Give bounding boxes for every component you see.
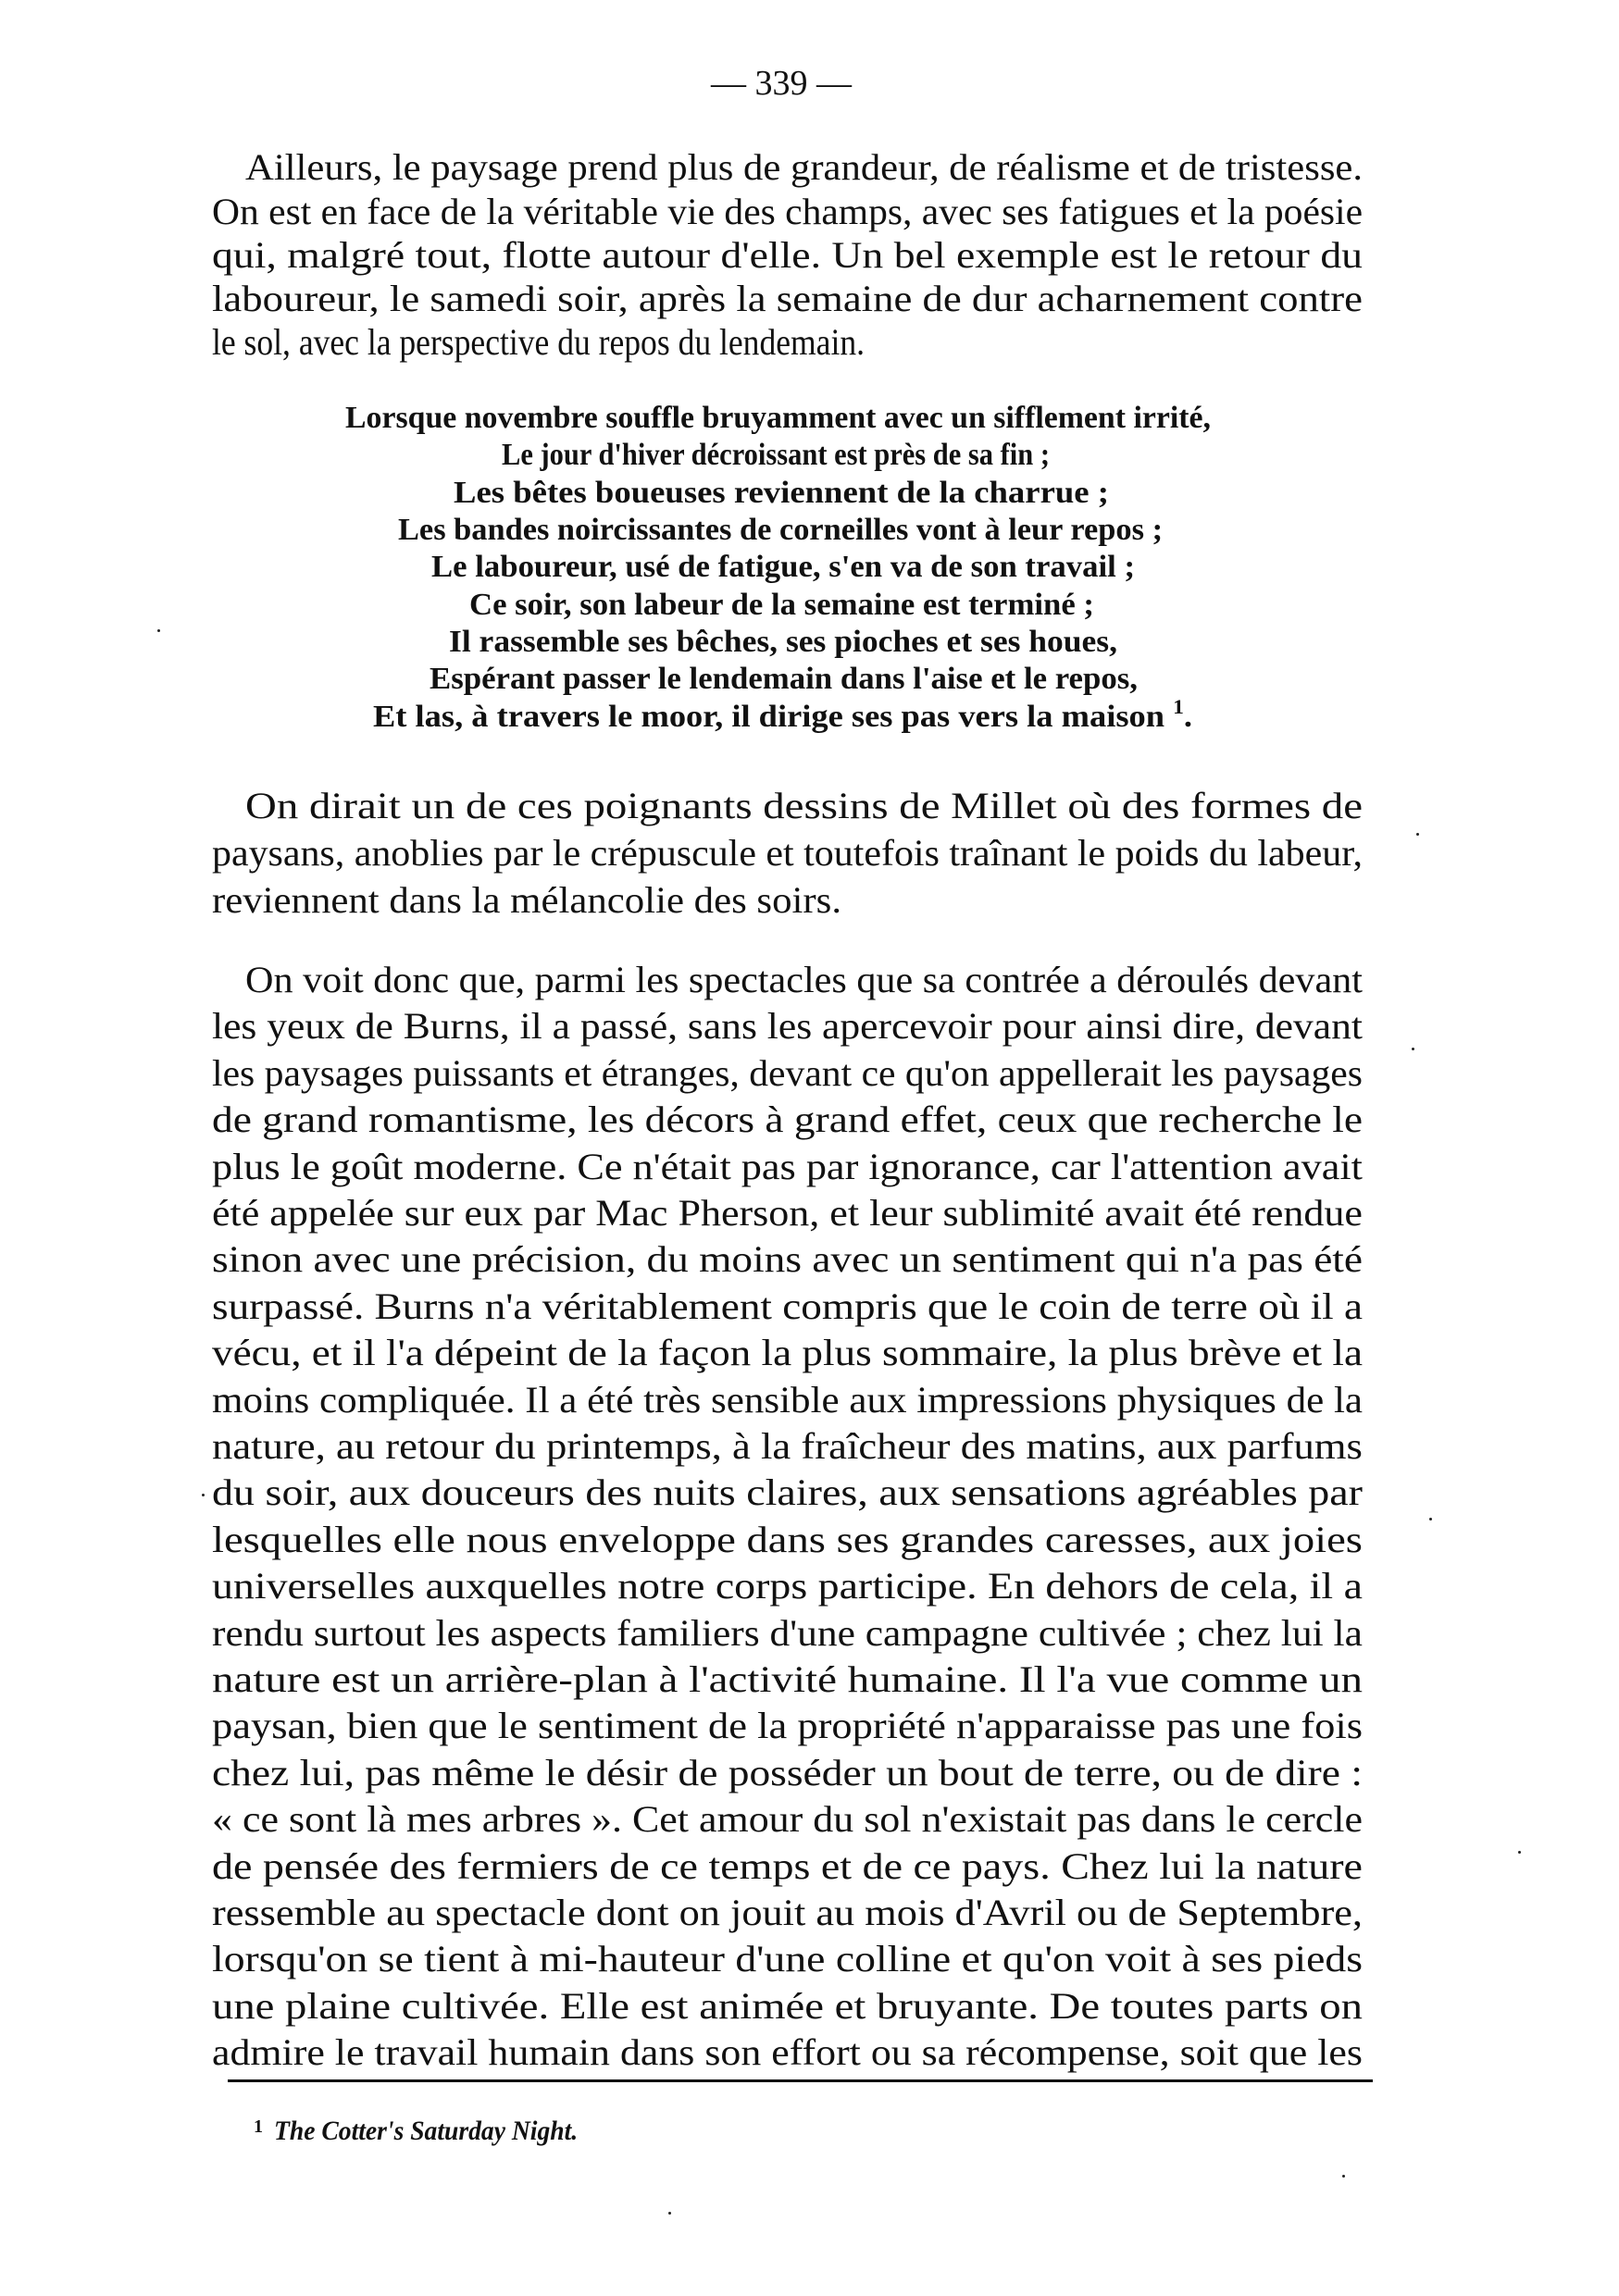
text-line: plus le goût moderne. Ce n'était pas par…: [212, 1144, 1363, 1190]
text-line: lesquelles elle nous enveloppe dans ses …: [212, 1517, 1363, 1563]
text-line: Ailleurs, le paysage prend plus de grand…: [212, 144, 1363, 191]
footnote-mark: 1: [254, 2116, 263, 2137]
text-line: chez lui, pas même le désir de posséder …: [212, 1750, 1363, 1796]
text-line: laboureur, le samedi soir, après la sema…: [212, 276, 1363, 322]
scan-speck: [1416, 833, 1419, 836]
verse-line: Espérant passer le lendemain dans l'aise…: [430, 661, 1122, 698]
text-line: de pensée des fermiers de ce temps et de…: [212, 1843, 1363, 1890]
text-line: On est en face de la véritable vie des c…: [212, 189, 1363, 235]
scan-speck: [1342, 2175, 1345, 2178]
verse-line: Ce soir, son labeur de la semaine est te…: [469, 587, 1081, 624]
text-line: les yeux de Burns, il a passé, sans les …: [212, 1003, 1363, 1049]
text-line: été appelée sur eux par Mac Pherson, et …: [212, 1190, 1363, 1236]
text-line: le sol, avec la perspective du repos du …: [212, 319, 1363, 366]
text-line: du soir, aux douceurs des nuits claires,…: [212, 1470, 1363, 1516]
text-line: sinon avec une précision, du moins avec …: [212, 1236, 1363, 1283]
text-line: qui, malgré tout, flotte autour d'elle. …: [212, 232, 1363, 279]
text-line: nature est un arrière-plan à l'activité …: [212, 1657, 1363, 1703]
verse-line: Et las, à travers le moor, il dirige ses…: [373, 699, 1138, 736]
verse-line: Le jour d'hiver décroissant est près de …: [502, 437, 1113, 474]
text-line: universelles auxquelles notre corps part…: [212, 1563, 1363, 1609]
text-line: « ce sont là mes arbres ». Cet amour du …: [212, 1796, 1363, 1843]
text-line: vécu, et il l'a dépeint de la façon la p…: [212, 1330, 1363, 1376]
scan-speck: [202, 1494, 205, 1496]
book-page: — 339 — Ailleurs, le paysage prend plus …: [0, 0, 1619, 2296]
text-line: reviennent dans la mélancolie des soirs.: [212, 877, 1363, 924]
page-number: — 339 —: [689, 63, 874, 104]
text-line: On dirait un de ces poignants dessins de…: [212, 783, 1363, 829]
text-line: On voit donc que, parmi les spectacles q…: [212, 957, 1363, 1003]
footnote-1: 1The Cotter's Saturday Night.: [254, 2110, 604, 2143]
scan-speck: [668, 2212, 671, 2215]
verse-line: Le laboureur, usé de fatigue, s'en va de…: [431, 549, 1120, 586]
scan-speck: [157, 629, 160, 632]
footnote-separator: [228, 2079, 1373, 2082]
text-line: de grand romantisme, les décors à grand …: [212, 1097, 1363, 1143]
footnote-reference[interactable]: 1: [1173, 695, 1184, 718]
text-line: rendu surtout les aspects familiers d'un…: [212, 1610, 1363, 1657]
text-line: surpassé. Burns n'a véritablement compri…: [212, 1284, 1363, 1330]
text-line: paysans, anoblies par le crépuscule et t…: [212, 830, 1363, 876]
verse-line: Les bandes noircissantes de corneilles v…: [398, 512, 1154, 549]
text-line: ressemble au spectacle dont on jouit au …: [212, 1890, 1363, 1936]
text-line: les paysages puissants et étranges, deva…: [212, 1050, 1363, 1097]
text-line: moins compliquée. Il a été très sensible…: [212, 1377, 1363, 1423]
text-line: paysan, bien que le sentiment de la prop…: [212, 1703, 1363, 1749]
footnote-text: The Cotter's Saturday Night.: [274, 2115, 578, 2148]
text-line: une plaine cultivée. Elle est animée et …: [212, 1983, 1363, 2029]
scan-speck: [1429, 1518, 1432, 1520]
scan-speck: [1518, 1851, 1521, 1854]
text-line: admire le travail humain dans son effort…: [212, 2029, 1363, 2076]
verse-line: Il rassemble ses bêches, ses pioches et …: [449, 624, 1089, 661]
text-line: nature, au retour du printemps, à la fra…: [212, 1423, 1363, 1470]
verse-line: Lorsque novembre souffle bruyamment avec…: [345, 400, 1215, 437]
verse-line: Les bêtes boueuses reviennent de la char…: [454, 475, 1061, 512]
text-line: lorsqu'on se tient à mi-hauteur d'une co…: [212, 1936, 1363, 1982]
scan-speck: [1412, 1048, 1414, 1050]
